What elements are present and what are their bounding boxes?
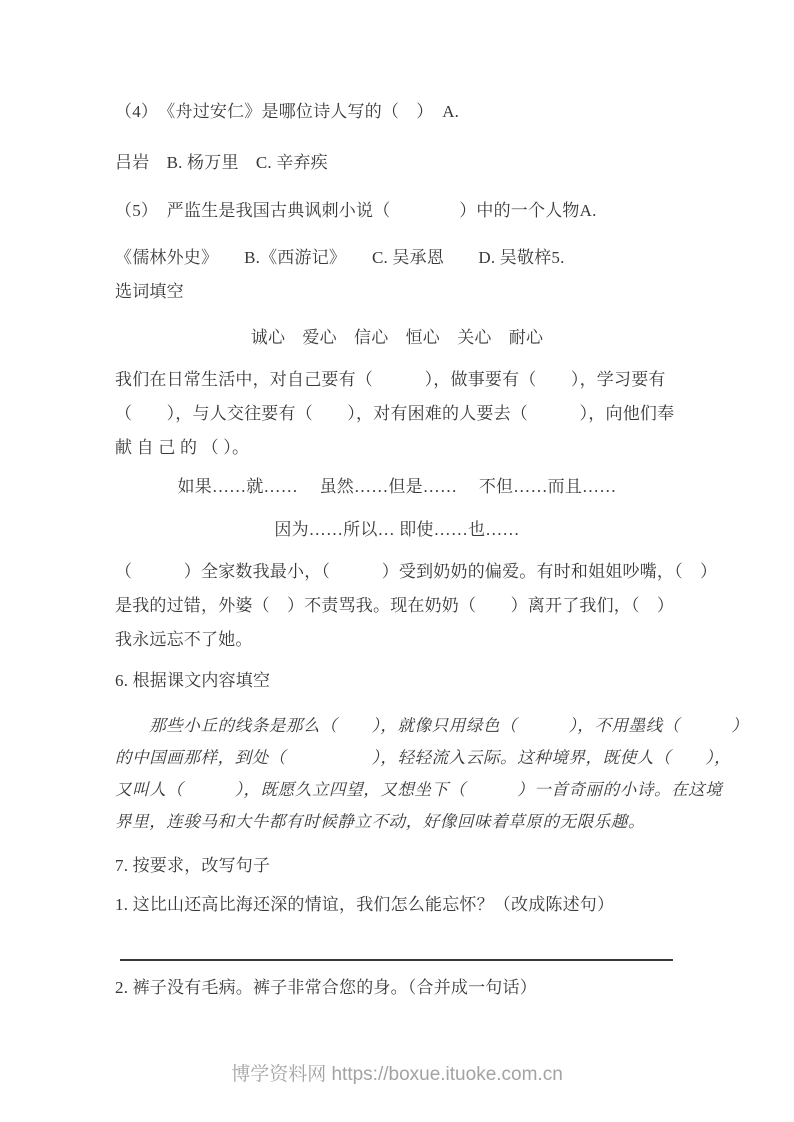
conjunction-bank-line-1: 如果……就…… 虽然……但是…… 不但……而且…… (0, 474, 794, 500)
conjunction-paragraph-line-2: 是我的过错，外婆（ ）不责骂我。现在奶奶（ ）离开了我们，（ ） (115, 593, 700, 619)
word-fill-paragraph-line-1: 我们在日常生活中，对自己要有（ ），做事要有（ ），学习要有 (115, 367, 700, 393)
question-6-passage-line-3: 又叫人（ ），既愿久立四望，又想坐下（ ）一首奇丽的小诗。在这境 (115, 777, 700, 803)
word-fill-section-title: 选词填空 (115, 279, 700, 305)
question-7-title: 7. 按要求，改写句子 (115, 853, 700, 879)
question-7-item-2: 2. 裤子没有毛病。裤子非常合您的身。（合并成一句话） (115, 975, 700, 1001)
question-4-options: 吕岩 B. 杨万里 C. 辛弃疾 (115, 150, 700, 176)
question-6-passage-line-1: 那些小丘的线条是那么（ ），就像只用绿色（ ），不用墨线（ ） (115, 713, 700, 739)
word-fill-paragraph-line-3: 献 自 己 的 （ ）。 (115, 435, 700, 461)
answer-line (120, 959, 673, 961)
footer-watermark: 博学资料网 https://boxue.ituoke.com.cn (0, 1063, 794, 1087)
question-6-passage-line-4: 界里，连骏马和大牛都有时候静立不动，好像回味着草原的无限乐趣。 (115, 809, 700, 835)
conjunction-paragraph-line-3: 我永远忘不了她。 (115, 627, 700, 653)
conjunction-bank-line-2: 因为……所以… 即使……也…… (0, 517, 794, 543)
question-6-passage-line-2: 的中国画那样，到处（ ），轻轻流入云际。这种境界，既使人（ ）， (115, 745, 700, 771)
conjunction-paragraph-line-1: （ ）全家数我最小，（ ）受到奶奶的偏爱。有时和姐姐吵嘴，（ ） (115, 559, 700, 585)
worksheet-page: （4） 《舟过安仁》是哪位诗人写的（ ） A. 吕岩 B. 杨万里 C. 辛弃疾… (0, 0, 794, 1122)
question-7-item-1: 1. 这比山还高比海还深的情谊，我们怎么能忘怀？（改成陈述句） (115, 892, 700, 918)
question-6-title: 6. 根据课文内容填空 (115, 668, 700, 694)
question-4-stem: （4） 《舟过安仁》是哪位诗人写的（ ） A. (115, 99, 700, 125)
question-5-options: 《儒林外史》 B.《西游记》 C. 吴承恩 D. 吴敬梓5. (115, 245, 700, 271)
question-5-stem: （5） 严监生是我国古典讽刺小说（ ）中的一个人物A. (115, 198, 700, 224)
word-fill-paragraph-line-2: （ ），与人交往要有（ ），对有困难的人要去（ ），向他们奉 (115, 401, 700, 427)
word-bank: 诚心 爱心 信心 恒心 关心 耐心 (0, 325, 794, 351)
